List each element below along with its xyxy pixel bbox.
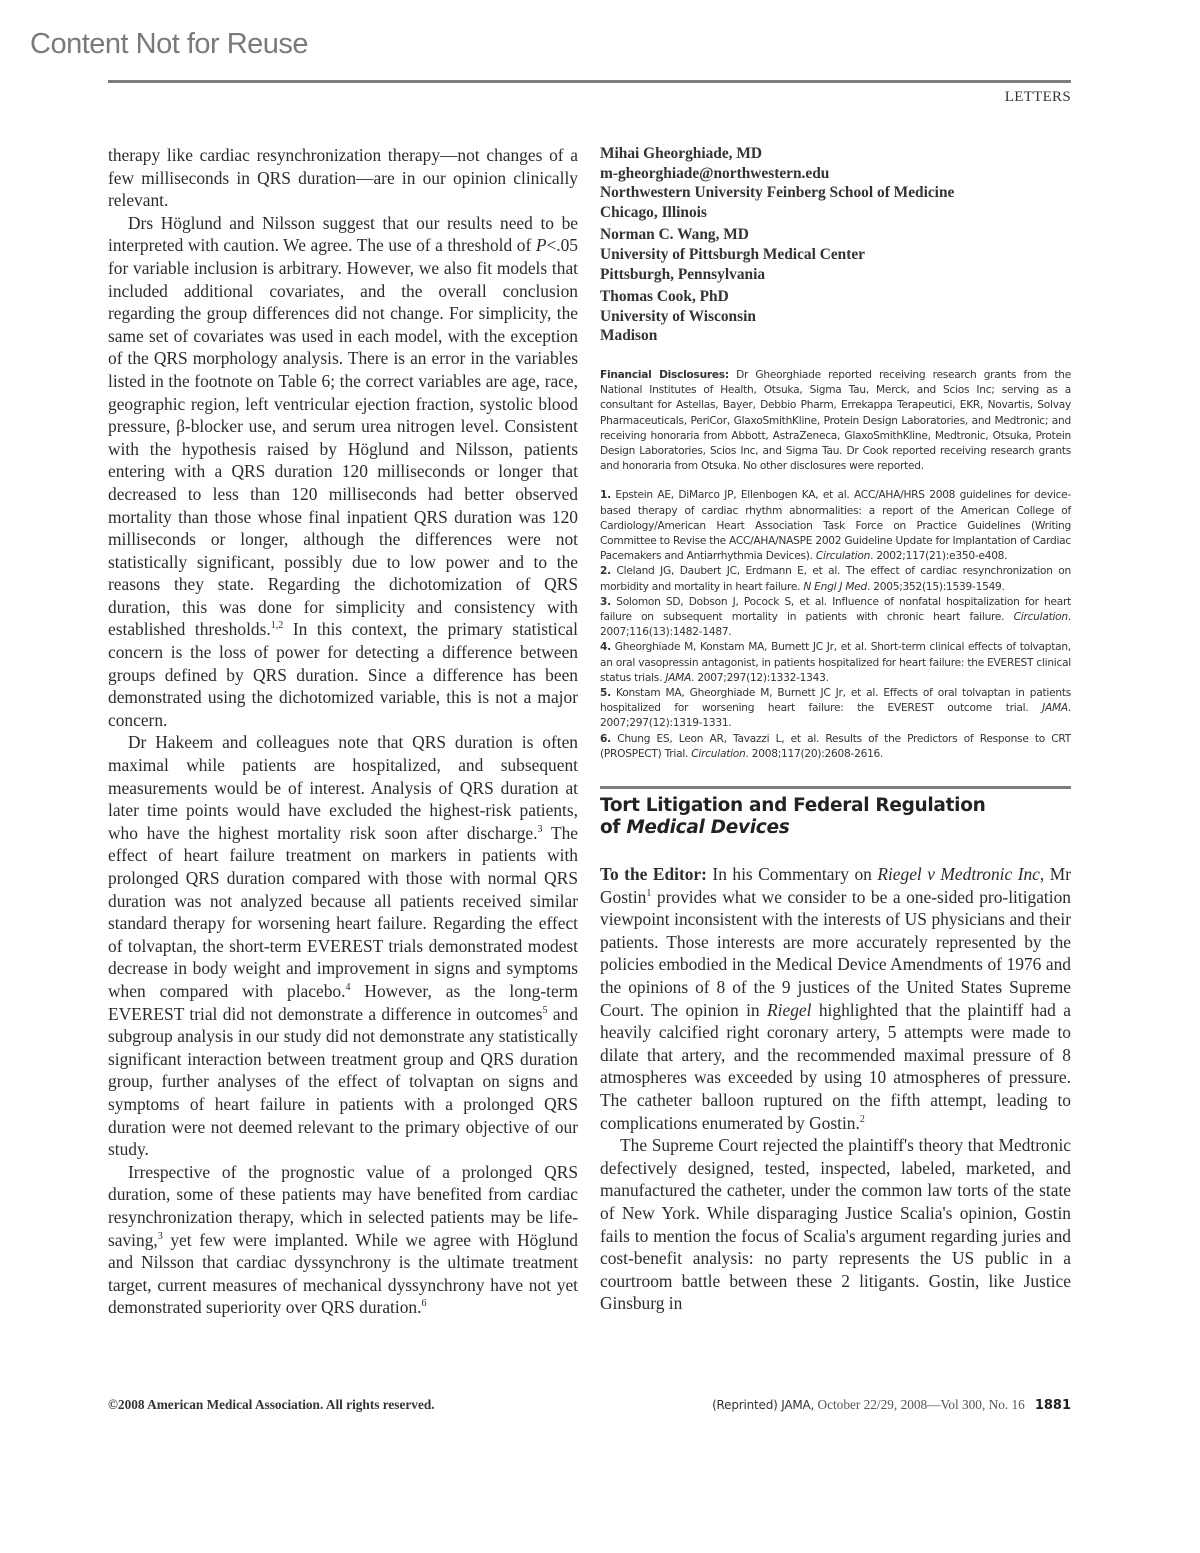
reference-citation: . 2008;117(20):2608-2616. xyxy=(746,748,884,760)
disclosures-text: Dr Gheorghiade reported receiving resear… xyxy=(600,369,1071,472)
journal-footer: (Reprinted) JAMA, October 22/29, 2008—Vo… xyxy=(712,1397,1071,1413)
reference-list: 1. Epstein AE, DiMarco JP, Ellenbogen KA… xyxy=(600,488,1071,762)
article-title-line: Tort Litigation and Federal Regulation xyxy=(600,795,1071,817)
page-number: 1881 xyxy=(1035,1398,1071,1413)
paragraph: The Supreme Court rejected the plaintiff… xyxy=(600,1134,1071,1315)
italic-text: P xyxy=(536,235,547,255)
citation-superscript: 2 xyxy=(860,1114,865,1125)
section-label: LETTERS xyxy=(1005,89,1071,106)
article-title-italic: Medical Devices xyxy=(626,817,789,838)
reference-citation: . 2005;352(15):1539-1549. xyxy=(867,581,1005,593)
reference-item: 4. Gheorghiade M, Konstam MA, Burnett JC… xyxy=(600,640,1071,686)
reference-journal: JAMA xyxy=(1042,702,1068,714)
issue-info: October 22/29, 2008—Vol 300, No. 16 xyxy=(814,1397,1025,1412)
left-column: therapy like cardiac resynchronization t… xyxy=(108,144,578,1319)
citation-superscript: 1,2 xyxy=(271,621,284,632)
author-affiliation: University of Pittsburgh Medical Center xyxy=(600,245,1071,265)
author-affiliation: Northwestern University Feinberg School … xyxy=(600,183,1071,203)
italic-text: Riegel v Medtronic Inc xyxy=(877,864,1040,884)
reference-number: 3. xyxy=(600,596,611,608)
reference-number: 4. xyxy=(600,641,611,653)
watermark: Content Not for Reuse xyxy=(30,28,308,61)
reference-item: 6. Chung ES, Leon AR, Tavazzi L, et al. … xyxy=(600,732,1071,762)
citation-superscript: 1 xyxy=(646,888,651,899)
author-list: Mihai Gheorghiade, MD m-gheorghiade@nort… xyxy=(600,144,1071,346)
reference-journal: Circulation xyxy=(816,550,870,562)
author-location: Chicago, Illinois xyxy=(600,203,1071,223)
disclosures-label: Financial Disclosures: xyxy=(600,369,729,381)
bold-text: To the Editor: xyxy=(600,864,707,884)
reference-text: Konstam MA, Gheorghiade M, Burnett JC Jr… xyxy=(600,687,1071,714)
reference-item: 5. Konstam MA, Gheorghiade M, Burnett JC… xyxy=(600,686,1071,732)
author-block: Norman C. Wang, MD University of Pittsbu… xyxy=(600,225,1071,284)
reference-text: Solomon SD, Dobson J, Pocock S, et al. I… xyxy=(600,596,1071,623)
copyright-notice: ©2008 American Medical Association. All … xyxy=(108,1397,435,1413)
reference-number: 6. xyxy=(600,733,611,745)
author-email[interactable]: m-gheorghiade@northwestern.edu xyxy=(600,164,1071,184)
article-title-text: of xyxy=(600,817,626,838)
reference-journal: JAMA xyxy=(665,672,691,684)
paragraph: Drs Höglund and Nilsson suggest that our… xyxy=(108,212,578,732)
author-block: Thomas Cook, PhD University of Wisconsin… xyxy=(600,287,1071,346)
section-divider xyxy=(600,786,1071,789)
reference-item: 1. Epstein AE, DiMarco JP, Ellenbogen KA… xyxy=(600,488,1071,564)
article-title: Tort Litigation and Federal Regulation o… xyxy=(600,795,1071,839)
citation-superscript: 5 xyxy=(543,1005,548,1016)
reference-number: 5. xyxy=(600,687,611,699)
citation-superscript: 6 xyxy=(421,1298,426,1309)
reprint-label: (Reprinted) JAMA, xyxy=(712,1398,814,1412)
citation-superscript: 3 xyxy=(158,1231,163,1242)
reference-citation: . 2007;297(12):1332-1343. xyxy=(691,672,829,684)
reference-item: 2. Cleland JG, Daubert JC, Erdmann E, et… xyxy=(600,564,1071,594)
author-name: Mihai Gheorghiade, MD xyxy=(600,144,1071,164)
paragraph: Irrespective of the prognostic value of … xyxy=(108,1161,578,1319)
paragraph: To the Editor: In his Commentary on Rieg… xyxy=(600,863,1071,1134)
author-name: Thomas Cook, PhD xyxy=(600,287,1071,307)
reference-number: 2. xyxy=(600,565,611,577)
reference-item: 3. Solomon SD, Dobson J, Pocock S, et al… xyxy=(600,595,1071,641)
reference-journal: N Engl J Med xyxy=(803,581,867,593)
article-title-line: of Medical Devices xyxy=(600,817,1071,839)
letter-body: To the Editor: In his Commentary on Rieg… xyxy=(600,863,1071,1315)
reference-journal: Circulation xyxy=(691,748,745,760)
paragraph: therapy like cardiac resynchronization t… xyxy=(108,144,578,212)
citation-superscript: 3 xyxy=(538,824,543,835)
financial-disclosures: Financial Disclosures: Dr Gheorghiade re… xyxy=(600,368,1071,474)
citation-superscript: 4 xyxy=(345,982,350,993)
italic-text: Riegel xyxy=(767,1000,811,1020)
right-column: Mihai Gheorghiade, MD m-gheorghiade@nort… xyxy=(600,144,1071,1315)
reference-journal: Circulation xyxy=(1014,611,1068,623)
paragraph: Dr Hakeem and colleagues note that QRS d… xyxy=(108,731,578,1160)
author-block: Mihai Gheorghiade, MD m-gheorghiade@nort… xyxy=(600,144,1071,222)
reference-number: 1. xyxy=(600,489,611,501)
author-location: Pittsburgh, Pennsylvania xyxy=(600,265,1071,285)
letter-reply-body: therapy like cardiac resynchronization t… xyxy=(108,144,578,1319)
author-affiliation: University of Wisconsin xyxy=(600,307,1071,327)
author-location: Madison xyxy=(600,326,1071,346)
reference-citation: . 2002;117(21):e350-e408. xyxy=(870,550,1007,562)
header-rule xyxy=(108,80,1071,83)
author-name: Norman C. Wang, MD xyxy=(600,225,1071,245)
